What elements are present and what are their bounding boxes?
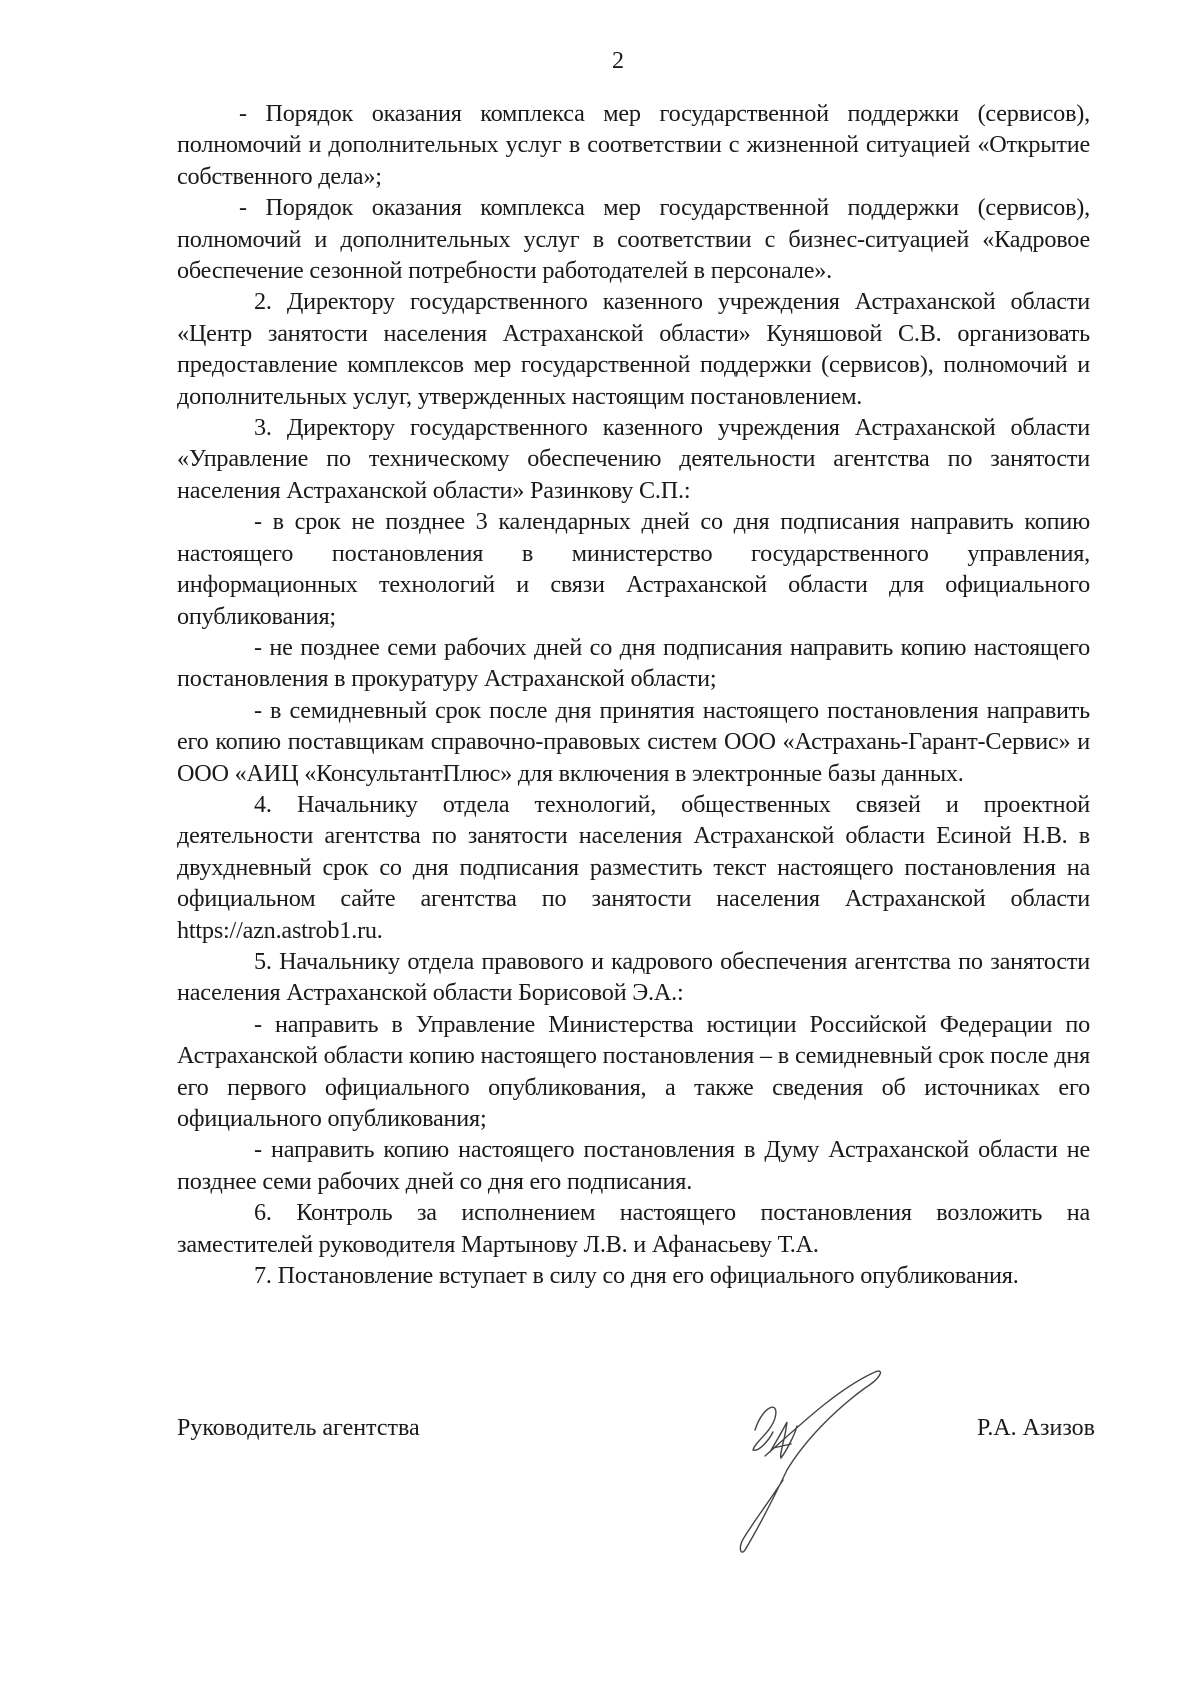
paragraph-item-6: 6. Контроль за исполнением настоящего по…: [177, 1197, 1090, 1260]
paragraph-item-7: 7. Постановление вступает в силу со дня …: [177, 1260, 1090, 1291]
paragraph-item-5: 5. Начальнику отдела правового и кадрово…: [177, 946, 1090, 1009]
paragraph-item-3: 3. Директору государственного казенного …: [177, 412, 1090, 506]
signature-block: Руководитель агентства Р.А. Азизов: [177, 1415, 1090, 1455]
signatory-name: Р.А. Азизов: [977, 1415, 1095, 1442]
paragraph-item-2: 2. Директору государственного казенного …: [177, 286, 1090, 412]
page-number: 2: [0, 48, 1200, 75]
document-body: - Порядок оказания комплекса мер государ…: [177, 98, 1090, 1291]
paragraph-item-3-sub-2: - не позднее семи рабочих дней со дня по…: [177, 632, 1090, 695]
paragraph-item-3-sub-3: - в семидневный срок после дня принятия …: [177, 695, 1090, 789]
paragraph-list-item-2: - Порядок оказания комплекса мер государ…: [177, 192, 1090, 286]
paragraph-item-3-sub-1: - в срок не позднее 3 календарных дней с…: [177, 506, 1090, 632]
paragraph-item-5-sub-1: - направить в Управление Министерства юс…: [177, 1009, 1090, 1135]
handwritten-signature-icon: [725, 1360, 895, 1560]
paragraph-item-5-sub-2: - направить копию настоящего постановлен…: [177, 1134, 1090, 1197]
signatory-title: Руководитель агентства: [177, 1415, 420, 1442]
paragraph-item-4: 4. Начальнику отдела технологий, обществ…: [177, 789, 1090, 946]
paragraph-list-item-1: - Порядок оказания комплекса мер государ…: [177, 98, 1090, 192]
